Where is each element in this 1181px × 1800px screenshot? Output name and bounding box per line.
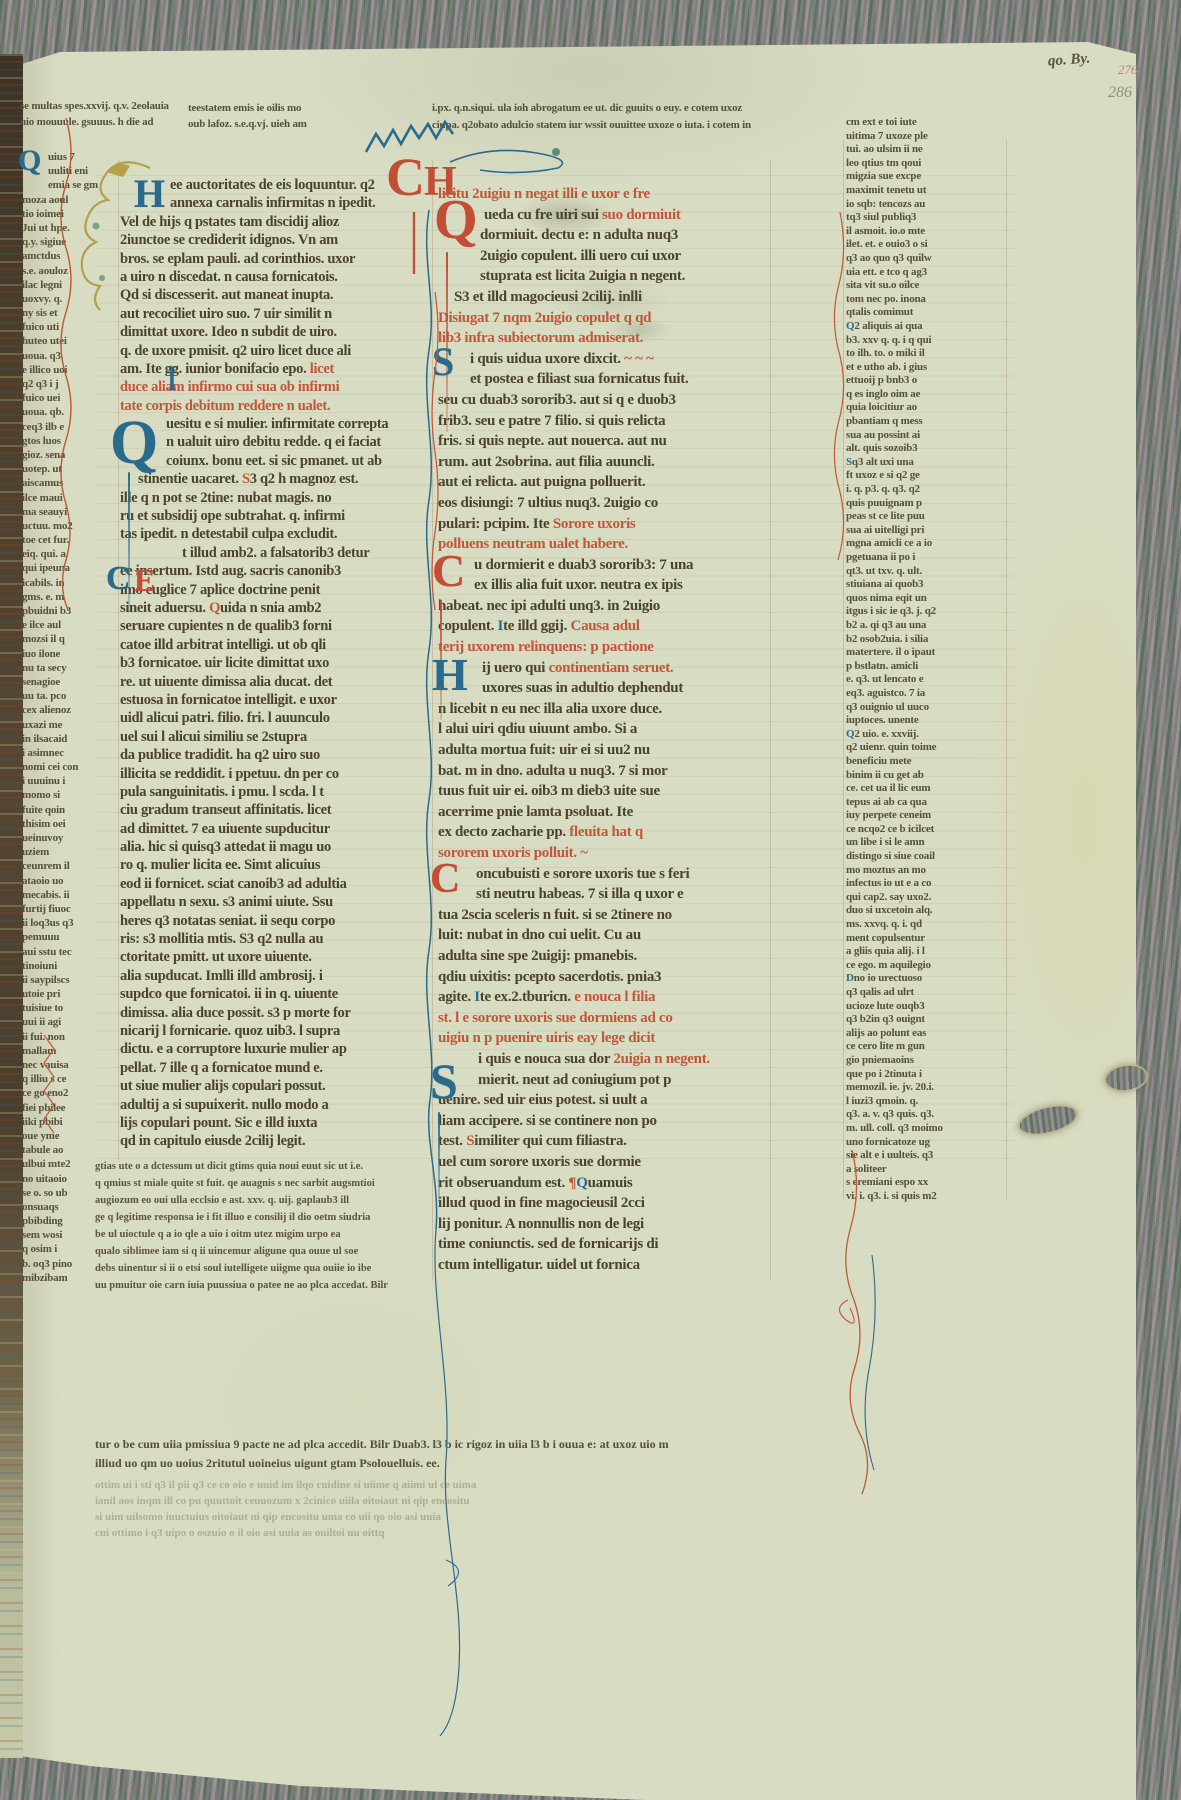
text-line: Dno io urectuoso — [846, 972, 1008, 986]
text-line: mallam — [22, 1044, 118, 1058]
text-line: e illico uoi — [22, 363, 118, 377]
text-line: ataoio uo — [22, 874, 118, 888]
text-line: ce ncqo2 ce b icilcet — [846, 823, 1008, 837]
text-line: gtos luos — [22, 434, 118, 448]
text-line: eos disiungi: 7 ultius nuq3. 2uigio co — [438, 493, 772, 514]
text-line: tui. ao ulsim ii ne — [846, 143, 1008, 157]
text-line: binim ii cu get ab — [846, 769, 1008, 783]
text-line: i asimnec — [22, 746, 118, 760]
text-line: leo qtius tm qoui — [846, 157, 1008, 171]
text-line: Disiugat 7 nqm 2uigio copulet q qd — [438, 308, 772, 329]
text-line: uui ii agi — [22, 1015, 118, 1029]
text-line: aut recociliet uiro suo. 7 uir similit n — [120, 305, 435, 323]
text-line: seruare cupientes n de qualib3 forni — [120, 617, 435, 635]
text-line: test. Similiter qui cum filiastra. — [438, 1131, 772, 1152]
text-line: ii saypilscs — [22, 973, 118, 987]
text-line: oncubuisti e sorore uxoris tue s feri — [438, 864, 772, 885]
text-line: iuo ilone — [22, 647, 118, 661]
text-line: uu pmuitur oie carn iuia puussiua o pate… — [95, 1277, 445, 1294]
text-line: tom nec po. inona — [846, 293, 1008, 307]
text-line: pula sanguinitatis. i pmu. l scda. l t — [120, 783, 435, 801]
text-line: b2 a. qi q3 au una — [846, 619, 1008, 633]
text-line: qui ipeuna — [22, 561, 118, 575]
text-line: luit: nubat in dno cui uelit. Cu au — [438, 925, 772, 946]
text-line: i. q. p3. q. q3. q2 — [846, 483, 1008, 497]
text-line: infectus io ut e a co — [846, 877, 1008, 891]
text-line: ii loq3us q3 — [22, 916, 118, 930]
text-line: cex alienoz — [22, 703, 118, 717]
top-gloss-line: ciupa. q2obato adulcio statem iur wssit … — [432, 119, 751, 131]
text-line: ma seauyi — [22, 505, 118, 519]
text-line: in ilsacaid — [22, 732, 118, 746]
text-line: ottim ui i sti q3 il pii q3 ce co oio e … — [95, 1477, 1090, 1493]
text-line: alijs ao polunt eas — [846, 1027, 1008, 1041]
text-line: emia se gm — [22, 178, 118, 192]
text-line: uigiu n p puenire uiris eay lege dicit — [438, 1028, 772, 1049]
text-line: ianil aos inqm ill co pu quuttoit ceuuoz… — [95, 1493, 1090, 1509]
text-line: uctuu. mo2 — [22, 519, 118, 533]
text-line: sua au possint ai — [846, 429, 1008, 443]
text-line: annexa carnalis infirmitas n ipedit. — [120, 194, 435, 212]
text-line: ii fui. non — [22, 1030, 118, 1044]
text-line: ro q. mulier licita ee. Simt alicuius — [120, 856, 435, 874]
text-line: uoxvy. q. — [22, 292, 118, 306]
initial-h: H — [134, 174, 165, 214]
top-gloss-line: uio mouuule. gsuuus. h die ad — [20, 116, 153, 128]
text-line: 2uigio copulent. illi uero cui uxor — [438, 246, 772, 267]
initial-i: I — [168, 360, 176, 396]
main-text-column-right: licitu 2uigiu n negat illi e uxor e freu… — [438, 184, 772, 1275]
text-line: cui ottimo i q3 uipo o oszuio o il oio a… — [95, 1525, 1090, 1541]
text-line: maximit tenetu ut — [846, 184, 1008, 198]
text-line: ettuoij p bnb3 o — [846, 374, 1008, 388]
text-line: adultij a si supuixerit. nullo modo a — [120, 1096, 435, 1114]
text-line: q2 uienr. quin toime — [846, 741, 1008, 755]
text-line: dictu. e a corruptore luxurie mulier ap — [120, 1040, 435, 1058]
text-line: nicarij l fornicarie. quoz uib3. l supra — [120, 1022, 435, 1040]
text-line: un libe i si le amn — [846, 836, 1008, 850]
text-line: augiozum eo oui ulla ecclsio e ast. xxv.… — [95, 1192, 445, 1209]
text-line: ment copulsentur — [846, 932, 1008, 946]
text-line: rum. aut 2sobrina. aut filia auuncli. — [438, 452, 772, 473]
text-line: q3 qalis ad ulrt — [846, 986, 1008, 1000]
text-line: et postea e filiast sua fornicatus fuit. — [438, 369, 772, 390]
text-line: q3 ao quo q3 quilw — [846, 252, 1008, 266]
text-line: 2iunctoe se crediderit idignos. Vn am — [120, 231, 435, 249]
text-line: iiki pbibi — [22, 1115, 118, 1129]
text-line: sororem uxoris polluit. ~ — [438, 843, 772, 864]
text-line: uoua. q3. — [22, 349, 118, 363]
text-line: mozsi il q — [22, 632, 118, 646]
text-line: p bstlatn. amicli — [846, 660, 1008, 674]
top-gloss-line: se multas spes.xxvij. q.v. 2eolauia — [20, 100, 169, 112]
text-line: pgetuana ii po i — [846, 551, 1008, 565]
book-edge-strip — [0, 54, 23, 1758]
text-line: uu ta. pco — [22, 689, 118, 703]
text-line: peas st ce lite puu — [846, 510, 1008, 524]
text-line: momo si — [22, 788, 118, 802]
text-line: toe cet fur. — [22, 533, 118, 547]
text-line: uenire. sed uir eius potest. si uult a — [438, 1090, 772, 1111]
text-line: m. ull. coll. q3 moimo — [846, 1122, 1008, 1136]
text-line: fuico uei — [22, 391, 118, 405]
text-line: qtalis comimut — [846, 306, 1008, 320]
text-line: b3. xxv q. q. i q qui — [846, 334, 1008, 348]
text-line: l iuzi3 qmoin. q. — [846, 1095, 1008, 1109]
initial-c: C — [106, 562, 131, 596]
text-line: uel sui l alicui similiu se 2stupra — [120, 728, 435, 746]
text-line: u dormierit e duab3 sororib3: 7 una — [438, 555, 772, 576]
text-line: ut siue mulier alijs copulari possut. — [120, 1077, 435, 1095]
text-line: ueinuvoy — [22, 831, 118, 845]
text-line: t illud amb2. a falsatorib3 detur — [120, 544, 435, 562]
bottom-addition-faint: ottim ui i sti q3 il pii q3 ce co oio e … — [95, 1477, 1090, 1541]
text-line: ce go eno2 — [22, 1086, 118, 1100]
text-line: sua ai uitelligi pri — [846, 524, 1008, 538]
text-line: ft uxoz e si q2 ge — [846, 469, 1008, 483]
text-line: eq3. aguistco. 7 ia — [846, 687, 1008, 701]
text-line: aui sstu tec — [22, 945, 118, 959]
text-line: ce. cet ua il lic eum — [846, 782, 1008, 796]
text-line: uia ett. e tco q ag3 — [846, 266, 1008, 280]
text-line: stiuiana ai quob3 — [846, 578, 1008, 592]
text-line: uel cum sorore uxoris sue dormie — [438, 1152, 772, 1173]
text-line: q3 b2in q3 ouignt — [846, 1013, 1008, 1027]
text-line: tate corpis debitum reddere n ualet. — [120, 397, 435, 415]
text-line: dormiuit. dectu e: n adulta nuq3 — [438, 225, 772, 246]
text-line: huteo utei — [22, 334, 118, 348]
text-line: agite. Ite ex.2.tburicn. e nouca l filia — [438, 987, 772, 1008]
text-line: itgus i sic ie q3. j. q2 — [846, 605, 1008, 619]
text-line: ee auctoritates de eis loquuntur. q2 — [120, 176, 435, 194]
text-line: licitu 2uigiu n negat illi e uxor e fre — [438, 184, 772, 205]
text-line: fuite qoin — [22, 803, 118, 817]
text-line: ceq3 ilb e — [22, 420, 118, 434]
initial-c-red: C — [432, 548, 465, 594]
text-line: ucioze lute ouqb3 — [846, 1000, 1008, 1014]
text-line: ms. xxvq. q. i. qd — [846, 918, 1008, 932]
text-line: fuico uti — [22, 320, 118, 334]
text-line: quia loicitiur ao — [846, 401, 1008, 415]
text-line: q illiu s ce — [22, 1072, 118, 1086]
text-line: ny sis et — [22, 306, 118, 320]
text-line: Q2 uio. e. xxviij. — [846, 728, 1008, 742]
text-line: a gliis quia alij. i l — [846, 945, 1008, 959]
text-line: alt. quis sozoib3 — [846, 442, 1008, 456]
text-line: ex illis alia fuit uxor. neutra ex ipis — [438, 575, 772, 596]
text-line: bat. m in dno. adulta u nuq3. 7 si mor — [438, 761, 772, 782]
initial-s-blue: S — [430, 1056, 458, 1106]
text-line: dimittat uxore. Ideo n subdit de uiro. — [120, 323, 435, 341]
text-line: tur o be cum uiia pmissiua 9 pacte ne ad… — [95, 1435, 1090, 1454]
text-line: ij uero qui continentiam seruet. — [438, 658, 772, 679]
text-line: nec vauisa — [22, 1058, 118, 1072]
text-line: terij uxorem relinquens: p pactione — [438, 637, 772, 658]
text-line: supdco que fornicatoi. ii in q. uiuente — [120, 985, 435, 1003]
text-line: n ualuit uiro debitu redde. q ei faciat — [120, 433, 435, 451]
text-line: quis puuignam p — [846, 497, 1008, 511]
text-line: ctum intelligatur. uidel ut fornica — [438, 1255, 772, 1276]
text-line: habeat. nec ipi adulti unq3. in 2uigio — [438, 596, 772, 617]
text-line: uno fornicatoze ug — [846, 1136, 1008, 1150]
text-line: ilce maui — [22, 491, 118, 505]
text-line: alia. hic si quisq3 attedat ii magu uo — [120, 838, 435, 856]
text-line: gms. e. m — [22, 590, 118, 604]
text-line: sie alt e i uulteis. q3 — [846, 1149, 1008, 1163]
text-line: sita vit su.o oilce — [846, 279, 1008, 293]
text-line: si uim uilsomo iuuctuius oitoiaut ni qip… — [95, 1509, 1090, 1525]
text-line: cm ext e toi iute — [846, 116, 1008, 130]
text-line: tio ioimei — [22, 207, 118, 221]
text-line: rit obseruandum est. ¶Quamuis — [438, 1173, 772, 1194]
text-line: b2 osob2uia. i silia — [846, 633, 1008, 647]
text-line: S3 et illd magocieusi 2cilij. inlli — [438, 287, 772, 308]
text-line: oue yme — [22, 1129, 118, 1143]
text-line: tua 2scia sceleris n fuit. si se 2tinere… — [438, 905, 772, 926]
text-line: tuus fuit uir ei. oib3 m dieb3 uite sue — [438, 781, 772, 802]
text-line: io sqb: tencozs au — [846, 198, 1008, 212]
text-line: tuisiue to — [22, 1001, 118, 1015]
text-line: nu ta secy — [22, 661, 118, 675]
text-line: seu cu duab3 sororib3. aut si q e duob3 — [438, 390, 772, 411]
text-line: furtij fiuoc — [22, 902, 118, 916]
text-line: a uiro n discedat. n causa fornicatois. — [120, 268, 435, 286]
text-line: pemuuu — [22, 930, 118, 944]
column-rule — [118, 160, 119, 1160]
main-text-column-left: ee auctoritates de eis loquuntur. q2anne… — [120, 176, 435, 1151]
text-line: ge q legitime responsa ie i fit illuo e … — [95, 1209, 445, 1226]
text-line: fiei pbilee — [22, 1101, 118, 1115]
text-line: ilet. et. e ouio3 o si — [846, 238, 1008, 252]
text-line: stuprata est licita 2uigia n negent. — [438, 266, 772, 287]
text-line: uxores suas in adultio dephendut — [438, 678, 772, 699]
text-line: ille q n pot se 2tine: nubat magis. no — [120, 489, 435, 507]
text-line: tq3 siul publiq3 — [846, 211, 1008, 225]
text-line: gio pniemaoins — [846, 1054, 1008, 1068]
text-line: ee insertum. Istd aug. sacris canonib3 — [120, 562, 435, 580]
top-gloss-line: teestatem emis ie oilis mo — [188, 102, 301, 114]
text-line: migzia sue excpe — [846, 170, 1008, 184]
text-line: vi. i. q3. i. si quis m2 — [846, 1190, 1008, 1204]
initial-e: E — [134, 564, 155, 596]
text-line: pbuidni b3 — [22, 604, 118, 618]
text-line: eiq. qui. a. — [22, 547, 118, 561]
text-line: e ilce aul — [22, 618, 118, 632]
text-line: s.e. aouloz — [22, 264, 118, 278]
text-line: matertere. il o ipaut — [846, 646, 1008, 660]
text-line: ris: s3 mollitia mtis. S3 q2 nulla au — [120, 930, 435, 948]
text-line: uidl alicui patri. filio. fri. l auuncul… — [120, 709, 435, 727]
text-line: nomi cei con — [22, 760, 118, 774]
text-line: time coniunctis. sed de fornicarijs di — [438, 1234, 772, 1255]
text-line: pulari: pcipim. Ite Sorore uxoris — [438, 514, 772, 535]
text-line: ueda cu fre uiri sui suo dormiuit — [438, 205, 772, 226]
text-line: iuy perpete ceneim — [846, 809, 1008, 823]
bottom-commentary-block: gtias ute o a dctessum ut dicit gtims qu… — [95, 1158, 445, 1294]
text-line: ctoritate pmitt. ut uxore uiuente. — [120, 948, 435, 966]
text-line: qualo siblimee iam si q ii uincemur alig… — [95, 1243, 445, 1260]
text-line: qd in capitulo eiusde 2cilij legit. — [120, 1132, 435, 1150]
gloss-initial-q: Q — [18, 146, 41, 176]
text-line: l alui uiri qdiu uiuunt ambo. Si a — [438, 719, 772, 740]
text-line: dimissa. alia duce possit. s3 p morte fo… — [120, 1004, 435, 1022]
top-gloss-line: oub lafoz. s.e.q.vj. uieh am — [188, 118, 307, 130]
text-line: memozil. ie. jv. 20.i. — [846, 1081, 1008, 1095]
text-line: sineit aduersu. Quida n snia amb2 — [120, 599, 435, 617]
text-line: i uuuinu i — [22, 774, 118, 788]
text-line: lij ponitur. A nonnullis non de legi — [438, 1214, 772, 1235]
initial-h-right: H — [432, 652, 468, 698]
text-line: ciu gradum transeut affinitatis. licet — [120, 801, 435, 819]
text-line: lijs copulari pount. Sic e illd iuxta — [120, 1114, 435, 1132]
text-line: Qd si discesserit. aut maneat inupta. — [120, 286, 435, 304]
text-line: mecabis. ii — [22, 888, 118, 902]
text-line: beneficiu mete — [846, 755, 1008, 769]
text-line: acerrime pnie lamta psoluat. Ite — [438, 802, 772, 823]
text-line: quos nima eqit un — [846, 592, 1008, 606]
text-line: tinoiuni — [22, 959, 118, 973]
text-line: amctdus — [22, 249, 118, 263]
text-line: mierit. neut ad coniugium pot p — [438, 1070, 772, 1091]
text-line: bros. se eplam pauli. ad corinthios. uxo… — [120, 250, 435, 268]
top-gloss-line: i.px. q.n.siqui. ula ioh abrogatum ee ut… — [432, 102, 742, 114]
text-line: distingo si siue coail — [846, 850, 1008, 864]
text-line: st. l e sorore uxoris sue dormiens ad co — [438, 1008, 772, 1029]
text-line: aiscamus — [22, 476, 118, 490]
text-line: i quis e nouca sua dor 2uigia n negent. — [438, 1049, 772, 1070]
text-line: icabils. in — [22, 576, 118, 590]
text-line: il asmoit. io.o mte — [846, 225, 1008, 239]
text-line: mo moztus an mo — [846, 864, 1008, 878]
text-line: tabule ao — [22, 1143, 118, 1157]
text-line: uoua. qb. — [22, 405, 118, 419]
text-line: estuosa in fornicatoe intelligit. e uxor — [120, 691, 435, 709]
text-line: liam accipere. si se continere non po — [438, 1111, 772, 1132]
text-line: q qmius st miale quite st fuit. qe auagn… — [95, 1175, 445, 1192]
text-line: Sq3 alt uxi una — [846, 456, 1008, 470]
text-line: uesitu e si mulier. infirmitate correpta — [120, 415, 435, 433]
left-margin-gloss-column: uius 7uuliti eniemia se gmmoza aoultio i… — [22, 150, 118, 1285]
text-line: imo euglice 7 aplice doctrine penit — [120, 581, 435, 599]
text-line: q3. a. v. q3 quis. q3. — [846, 1108, 1008, 1122]
text-line: lib3 infra subiectorum admiserat. — [438, 328, 772, 349]
folio-number-red: 276 — [1118, 62, 1138, 78]
initial-q: Q — [110, 412, 158, 474]
folio-number-gray: 286 — [1108, 84, 1132, 102]
text-line: be ul uioctule q a io qle a uio i oitm u… — [95, 1226, 445, 1243]
text-line: fris. si quis nepte. aut nouerca. aut nu — [438, 431, 772, 452]
text-line: que po i 2tinuta i — [846, 1068, 1008, 1082]
text-line: Q2 aliquis ai qua — [846, 320, 1008, 334]
text-line: qt3. ut txv. q. ult. — [846, 565, 1008, 579]
text-line: illicita se reddidit. i ppetuu. dn per c… — [120, 765, 435, 783]
right-margin-gloss-column: cm ext e toi iuteuitima 7 uxoze pletui. … — [846, 116, 1008, 1204]
text-line: illiud uo qm uo uoius 2ritutul uoineius … — [95, 1454, 1090, 1473]
text-line: pellat. 7 ille q a fornicatoe mund e. — [120, 1059, 435, 1077]
folio-inscription: qo. By. — [1047, 51, 1090, 71]
initial-s: S — [432, 342, 454, 382]
text-line: appellatu n sexu. s3 animi uiute. Ssu — [120, 893, 435, 911]
text-line: uotep. ut — [22, 462, 118, 476]
text-line: gioz. sena — [22, 448, 118, 462]
text-line: illud quod in fine magocieusil 2cci — [438, 1193, 772, 1214]
text-line: et e utho ab. i gius — [846, 361, 1008, 375]
text-line: ad dimittet. 7 ea uiuente supducitur — [120, 820, 435, 838]
text-line: Jui ut hpe. — [22, 221, 118, 235]
text-line: ce cero lite m gun — [846, 1040, 1008, 1054]
text-line: uxazi me — [22, 718, 118, 732]
text-line: pbantiam q mess — [846, 415, 1008, 429]
text-line: thisim oei — [22, 817, 118, 831]
text-line: ce ego. m aquilegio — [846, 959, 1008, 973]
text-line: tas ipedit. n detestabil culpa excludit. — [120, 525, 435, 543]
text-line: gtias ute o a dctessum ut dicit gtims qu… — [95, 1158, 445, 1175]
text-line: uziem — [22, 845, 118, 859]
text-line: iuptoces. unente — [846, 714, 1008, 728]
bottom-addition-dark: tur o be cum uiia pmissiua 9 pacte ne ad… — [95, 1435, 1090, 1473]
text-line: q.y. sigiue — [22, 235, 118, 249]
text-line: q es inglo oim ae — [846, 388, 1008, 402]
text-line: ceunrem il — [22, 859, 118, 873]
text-line: frib3. seu e patre 7 filio. si quis reli… — [438, 411, 772, 432]
text-line: qdiu uixitis: pcepto sacerdotis. pnia3 — [438, 967, 772, 988]
text-line: adulta mortua fuit: uir ei si uu2 nu — [438, 740, 772, 761]
text-line: q2 q3 i j — [22, 377, 118, 391]
text-line: aut ei relicta. aut puigna polluerit. — [438, 472, 772, 493]
text-line: e. q3. ut lencato e — [846, 673, 1008, 687]
text-line: copulent. Ite illd ggij. Causa adul — [438, 616, 772, 637]
text-line: heres q3 notatas seniat. ii sequ corpo — [120, 912, 435, 930]
text-line: ilac legni — [22, 278, 118, 292]
text-line: eod ii fornicet. sciat canoib3 ad adulti… — [120, 875, 435, 893]
text-line: duo si uxcetoin alq. — [846, 904, 1008, 918]
text-line: sti neutru habeas. 7 si illa q uxor e — [438, 884, 772, 905]
text-line: debs uinentur si ii o etsi soul iutellig… — [95, 1260, 445, 1277]
text-line: senagioe — [22, 675, 118, 689]
text-line: q3 ouignio ul uuco — [846, 701, 1008, 715]
initial-c-red-2: C — [430, 858, 460, 900]
text-line: ru et subsidij ope subtrahat. q. infirmi — [120, 507, 435, 525]
text-line: da publice tradidit. ha q2 uiro suo — [120, 746, 435, 764]
initial-s-blue-tail — [438, 1112, 440, 1202]
text-line: n licebit n eu nec illa alia uxore duce. — [438, 699, 772, 720]
text-line: to ilh. to. o miki il — [846, 347, 1008, 361]
text-line: mgna amicli ce a io — [846, 537, 1008, 551]
text-line: adulta sine spe 2uigij: pmanebis. — [438, 946, 772, 967]
text-line: coiunx. bonu eet. si sic pmanet. ut ab — [120, 452, 435, 470]
text-line: b3 fornicatoe. uir licite dimittat uxo — [120, 654, 435, 672]
text-line: tepus ai ab ca qua — [846, 796, 1008, 810]
text-line: s eremiani espo xx — [846, 1176, 1008, 1190]
text-line: alia supducat. Imlli illd ambrosij. i — [120, 967, 435, 985]
text-line: ex decto zacharie pp. fleuita hat q — [438, 822, 772, 843]
text-line: polluens neutram ualet habere. — [438, 534, 772, 555]
text-line: stinentie uacaret. S3 q2 h magnoz est. — [120, 470, 435, 488]
text-line: utoie pri — [22, 987, 118, 1001]
text-line: re. ut uiuente dimissa alia ducat. det — [120, 673, 435, 691]
text-line: qui cap2. say uxo2. — [846, 891, 1008, 905]
text-line: moza aoul — [22, 193, 118, 207]
initial-q-red: Q — [434, 192, 478, 248]
column-rule — [843, 140, 844, 1200]
text-line: catoe illd arbitrat intelligi. ut ob qli — [120, 636, 435, 654]
text-line: a soliteer — [846, 1163, 1008, 1177]
text-line: i quis uidua uxore dixcit. ~ ~ ~ — [438, 349, 772, 370]
text-line: uitima 7 uxoze ple — [846, 130, 1008, 144]
text-line: Vel de hijs q pstates tam discidij alioz — [120, 213, 435, 231]
